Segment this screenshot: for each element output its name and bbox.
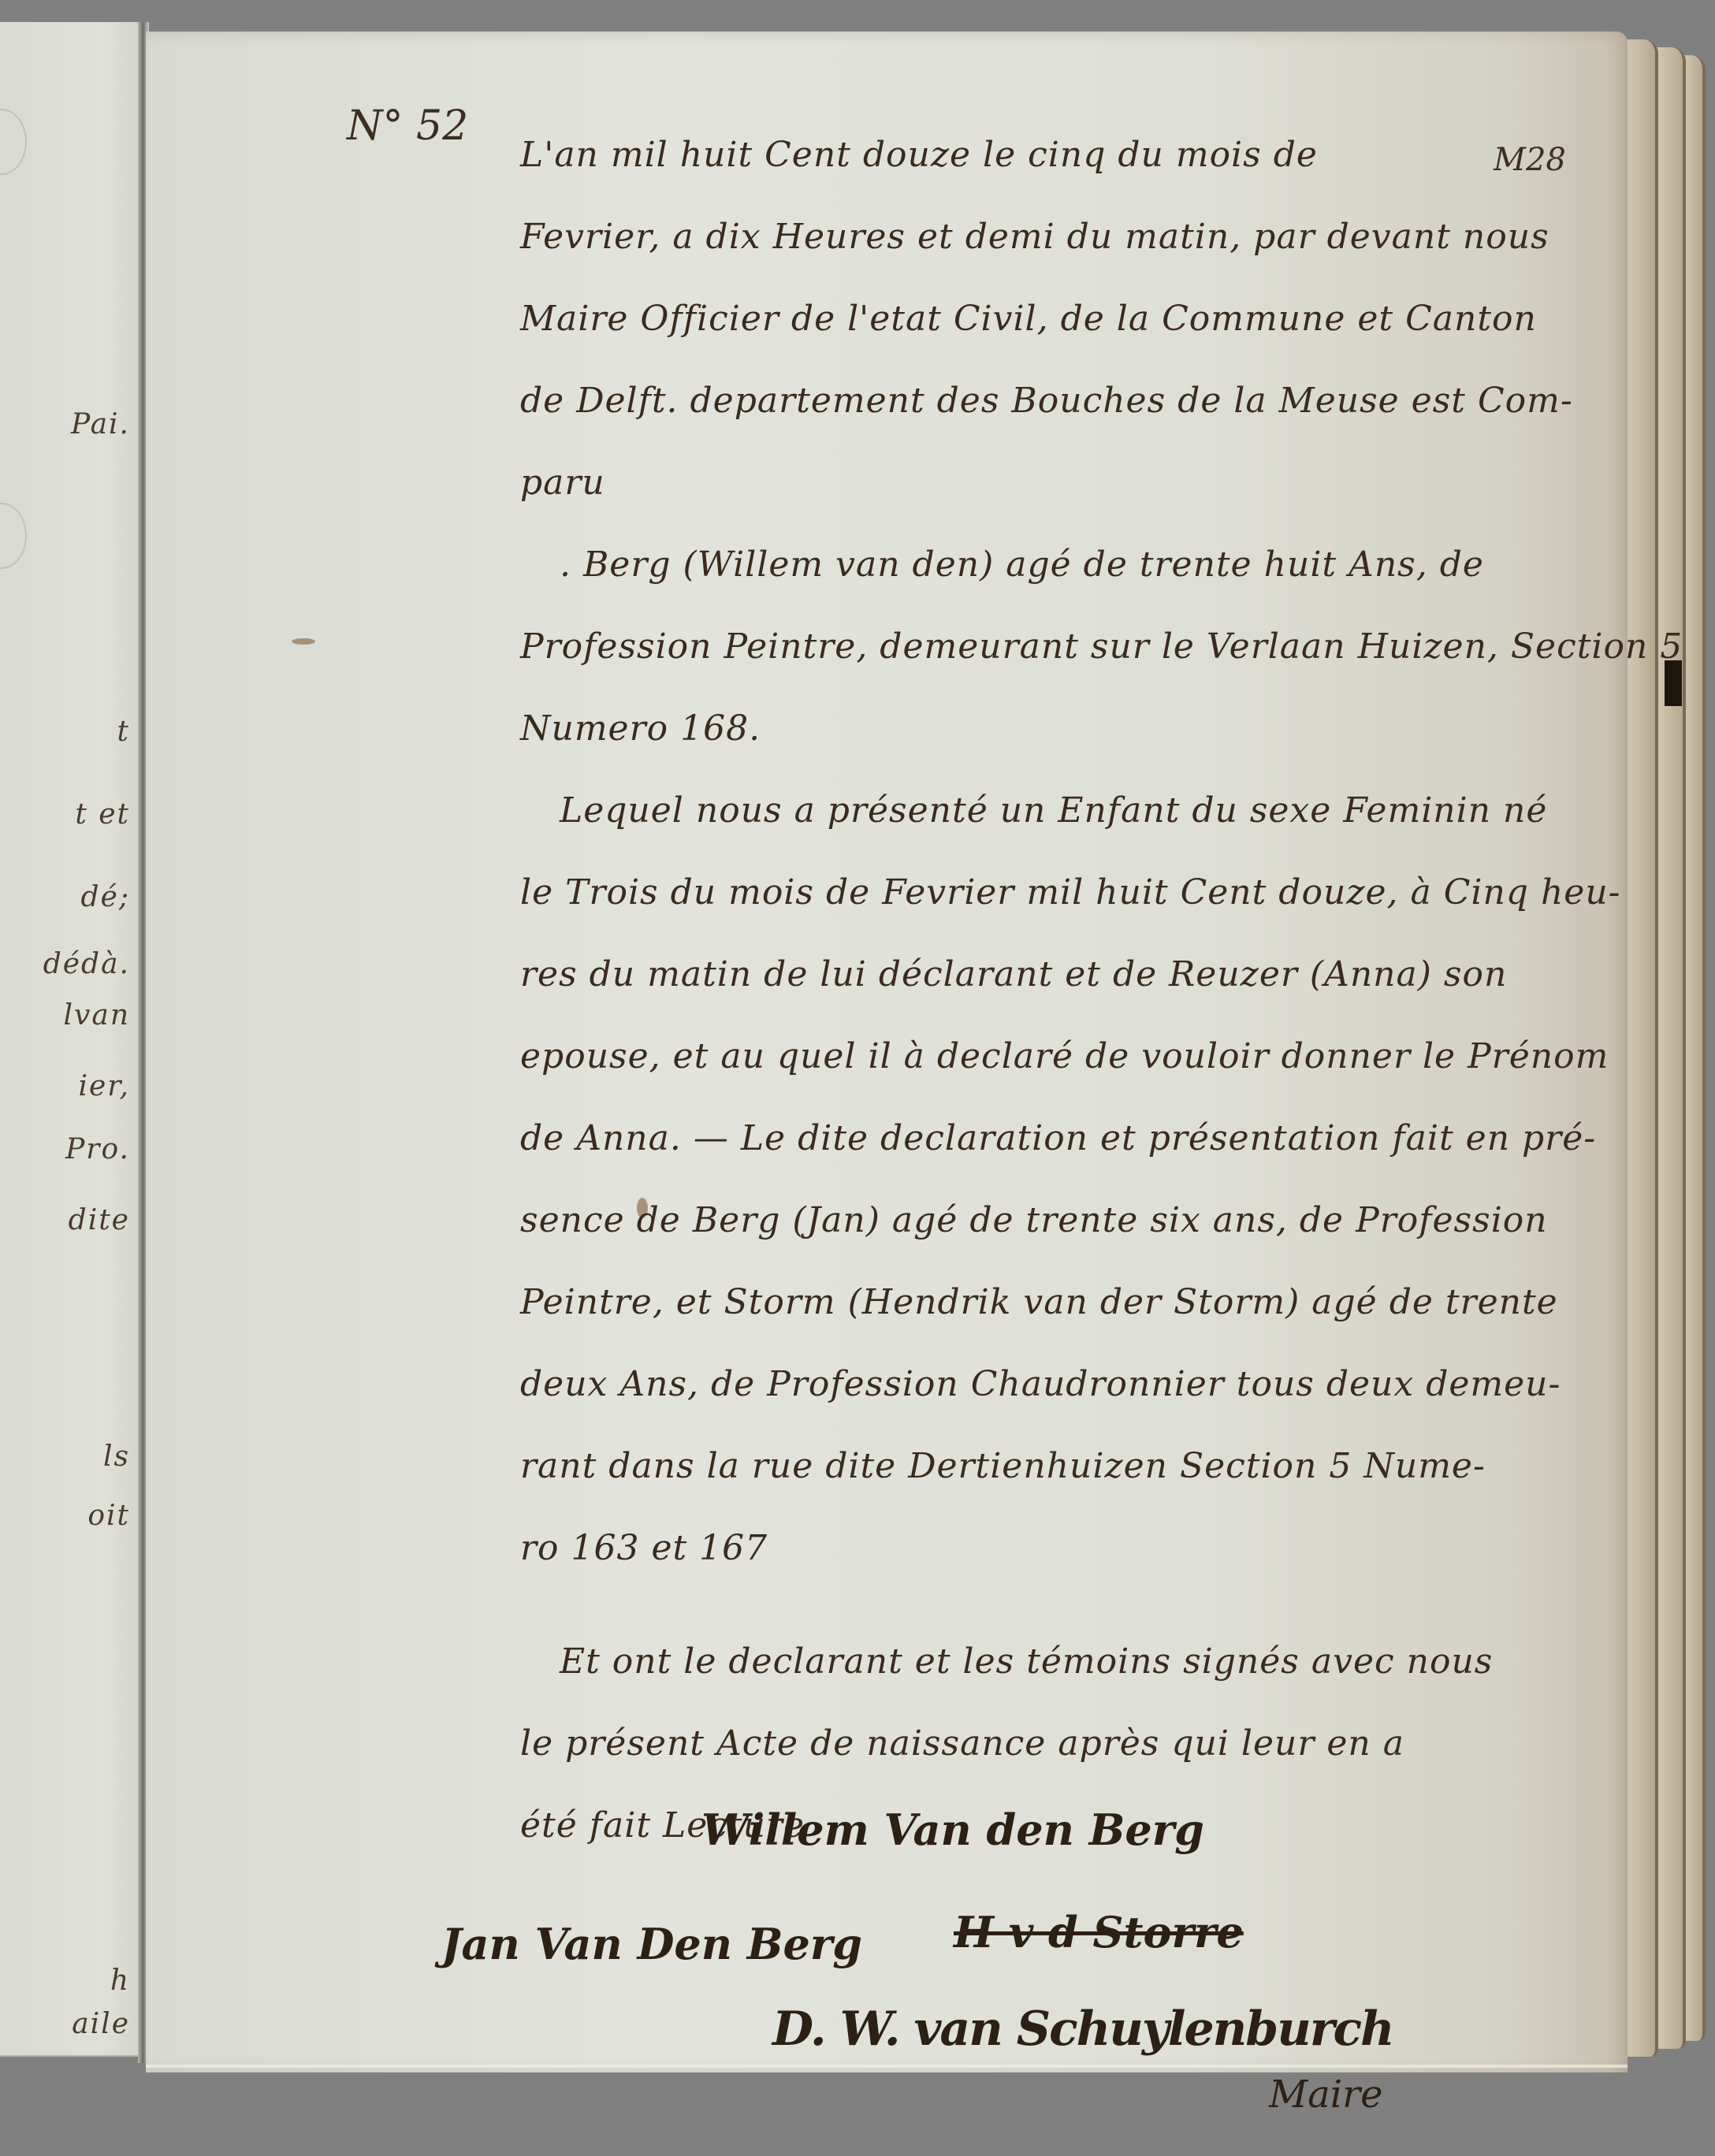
body-line: Fevrier, a dix Heures et demi du matin, … bbox=[520, 196, 1592, 278]
left-margin-text: h bbox=[110, 1965, 130, 1997]
body-line: epouse, et au quel il à declaré de voulo… bbox=[520, 1016, 1592, 1098]
body-line: le Trois du mois de Fevrier mil huit Cen… bbox=[520, 852, 1592, 934]
body-line: res du matin de lui déclarant et de Reuz… bbox=[520, 934, 1592, 1016]
signature-mayor-title: Maire bbox=[1269, 2072, 1382, 2117]
body-line: Et ont le declarant et les témoins signé… bbox=[520, 1621, 1592, 1703]
body-line: sence de Berg (Jan) agé de trente six an… bbox=[520, 1180, 1592, 1262]
body-line: Maire Officier de l'etat Civil, de la Co… bbox=[520, 278, 1592, 360]
left-margin-text: dite bbox=[69, 1204, 130, 1236]
ink-spot bbox=[292, 638, 315, 645]
signature-declarant: Willem Van den Berg bbox=[701, 1805, 1204, 1855]
body-line: ro 163 et 167 bbox=[520, 1507, 1592, 1589]
body-line: Lequel nous a présenté un Enfant du sexe… bbox=[520, 770, 1592, 852]
left-margin-text: lvan bbox=[64, 999, 131, 1032]
body-line: de Delft. departement des Bouches de la … bbox=[520, 360, 1592, 442]
left-margin-text: Pro. bbox=[65, 1133, 130, 1165]
signature-mayor: D. W. van Schuylenburch bbox=[772, 2002, 1393, 2057]
faded-stamp bbox=[0, 109, 27, 175]
left-margin-text: t bbox=[117, 716, 130, 748]
entry-number: N° 52 bbox=[347, 102, 468, 150]
left-margin-text: dé; bbox=[81, 881, 130, 913]
body-line: Profession Peintre, demeurant sur le Ver… bbox=[520, 606, 1592, 688]
body-line: paru bbox=[520, 442, 1592, 524]
body-line: Numero 168. bbox=[520, 688, 1592, 770]
left-page-fragment: Pai. t t et dé; dédà. lvan ier, Pro. dit… bbox=[0, 22, 146, 2057]
left-margin-text: Pai. bbox=[71, 408, 130, 440]
left-margin-text: aile bbox=[72, 2008, 130, 2040]
signature-block: Willem Van den Berg Jan Van Den Berg H v… bbox=[441, 1789, 1624, 2136]
left-margin-text: t et bbox=[75, 798, 130, 831]
paper-tear bbox=[146, 2065, 1628, 2068]
body-line: L'an mil huit Cent douze le cinq du mois… bbox=[520, 114, 1592, 196]
body-line: deux Ans, de Profession Chaudronnier tou… bbox=[520, 1344, 1592, 1426]
left-margin-text: ls bbox=[103, 1440, 130, 1473]
left-margin-text: dédà. bbox=[43, 948, 130, 980]
left-margin-text: ier, bbox=[78, 1070, 130, 1102]
signature-witness-2: H v d Storre bbox=[954, 1907, 1244, 1957]
faded-stamp bbox=[0, 503, 27, 569]
body-line: rant dans la rue dite Dertienhuizen Sect… bbox=[520, 1426, 1592, 1507]
body-line: de Anna. — Le dite declaration et présen… bbox=[520, 1098, 1592, 1180]
certificate-body: L'an mil huit Cent douze le cinq du mois… bbox=[520, 114, 1592, 1867]
page-tab-marker bbox=[1665, 660, 1682, 706]
body-line: Peintre, et Storm (Hendrik van der Storm… bbox=[520, 1262, 1592, 1344]
body-line: le présent Acte de naissance après qui l… bbox=[520, 1703, 1592, 1785]
body-line: . Berg (Willem van den) agé de trente hu… bbox=[520, 524, 1592, 606]
left-margin-text: oit bbox=[87, 1500, 130, 1532]
signature-witness-1: Jan Van Den Berg bbox=[441, 1919, 862, 1969]
